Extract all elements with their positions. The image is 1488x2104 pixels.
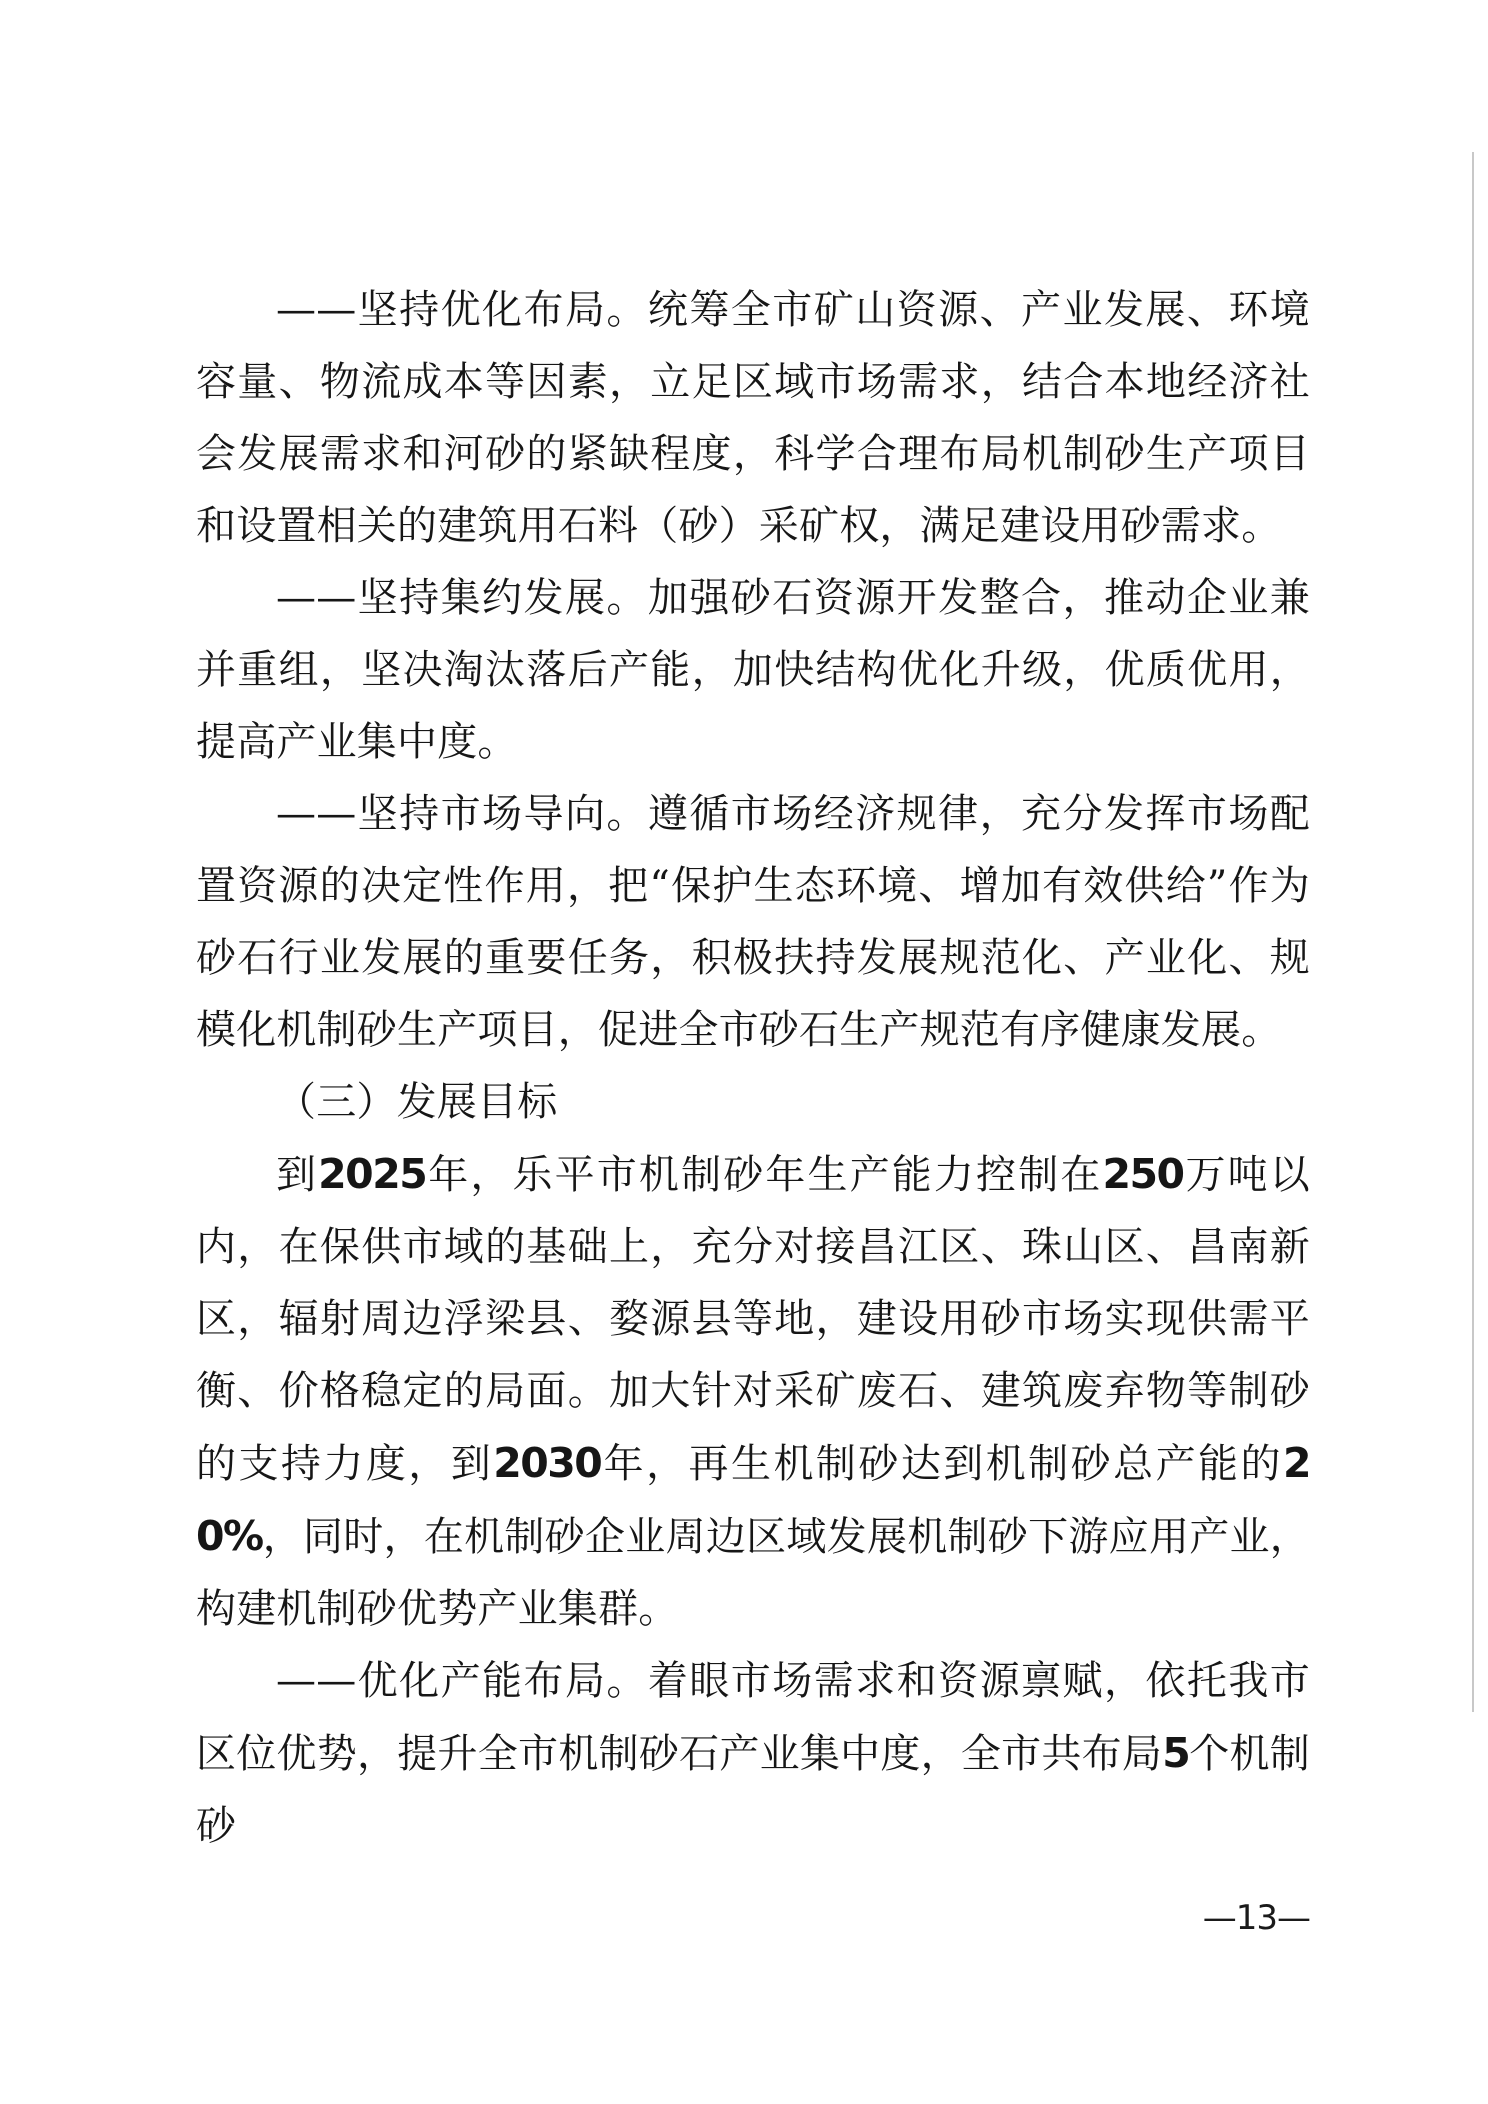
- body-text-segment: ——坚持集约发展。加强砂石资源开发整合，推动企业兼并重组，坚决淘汰落后产能，加快…: [196, 575, 1310, 765]
- body-text-segment: （三）发展目标: [276, 1079, 557, 1125]
- body-text-segment: ——坚持市场导向。遵循市场经济规律，充分发挥市场配置资源的决定性作用，把“保护生…: [196, 791, 1310, 1053]
- body-text-segment: ——优化产能布局。着眼市场需求和资源禀赋，依托我市区位优势，提升全市机制砂石产业…: [196, 1658, 1310, 1777]
- body-text-segment: ，同时，在机制砂企业周边区域发展机制砂下游应用产业，构建机制砂优势产业集群。: [196, 1514, 1310, 1632]
- body-text-segment: 到: [276, 1152, 318, 1198]
- paragraph-development-goals-2025: 到2025年，乐平市机制砂年生产能力控制在250万吨以内，在保供市域的基础上，充…: [196, 1138, 1310, 1645]
- paragraph-capacity-layout: ——优化产能布局。着眼市场需求和资源禀赋，依托我市区位优势，提升全市机制砂石产业…: [196, 1645, 1310, 1862]
- numeral-text: 2025: [318, 1150, 426, 1198]
- scan-edge-artifact: [1472, 152, 1474, 1712]
- document-page: ——坚持优化布局。统筹全市矿山资源、产业发展、环境容量、物流成本等因素，立足区域…: [0, 0, 1488, 2104]
- body-text-segment: ——坚持优化布局。统筹全市矿山资源、产业发展、环境容量、物流成本等因素，立足区域…: [196, 287, 1310, 549]
- document-body: ——坚持优化布局。统筹全市矿山资源、产业发展、环境容量、物流成本等因素，立足区域…: [196, 274, 1310, 1862]
- paragraph-optimize-layout: ——坚持优化布局。统筹全市矿山资源、产业发展、环境容量、物流成本等因素，立足区域…: [196, 274, 1310, 562]
- numeral-text: 2030: [493, 1439, 601, 1487]
- body-text-segment: 年，乐平市机制砂年生产能力控制在: [426, 1152, 1102, 1198]
- numeral-text: 250: [1102, 1150, 1183, 1198]
- paragraph-intensive-development: ——坚持集约发展。加强砂石资源开发整合，推动企业兼并重组，坚决淘汰落后产能，加快…: [196, 562, 1310, 778]
- section-heading-development-goals: （三）发展目标: [196, 1066, 1310, 1138]
- page-number: —13—: [1203, 1898, 1310, 1938]
- paragraph-market-orientation: ——坚持市场导向。遵循市场经济规律，充分发挥市场配置资源的决定性作用，把“保护生…: [196, 778, 1310, 1066]
- body-text-segment: 万吨以内，在保供市域的基础上，充分对接昌江区、珠山区、昌南新区，辐射周边浮梁县、…: [196, 1152, 1310, 1487]
- body-text-segment: 年，再生机制砂达到机制砂总产能的: [601, 1441, 1283, 1487]
- numeral-text: 5: [1162, 1729, 1189, 1777]
